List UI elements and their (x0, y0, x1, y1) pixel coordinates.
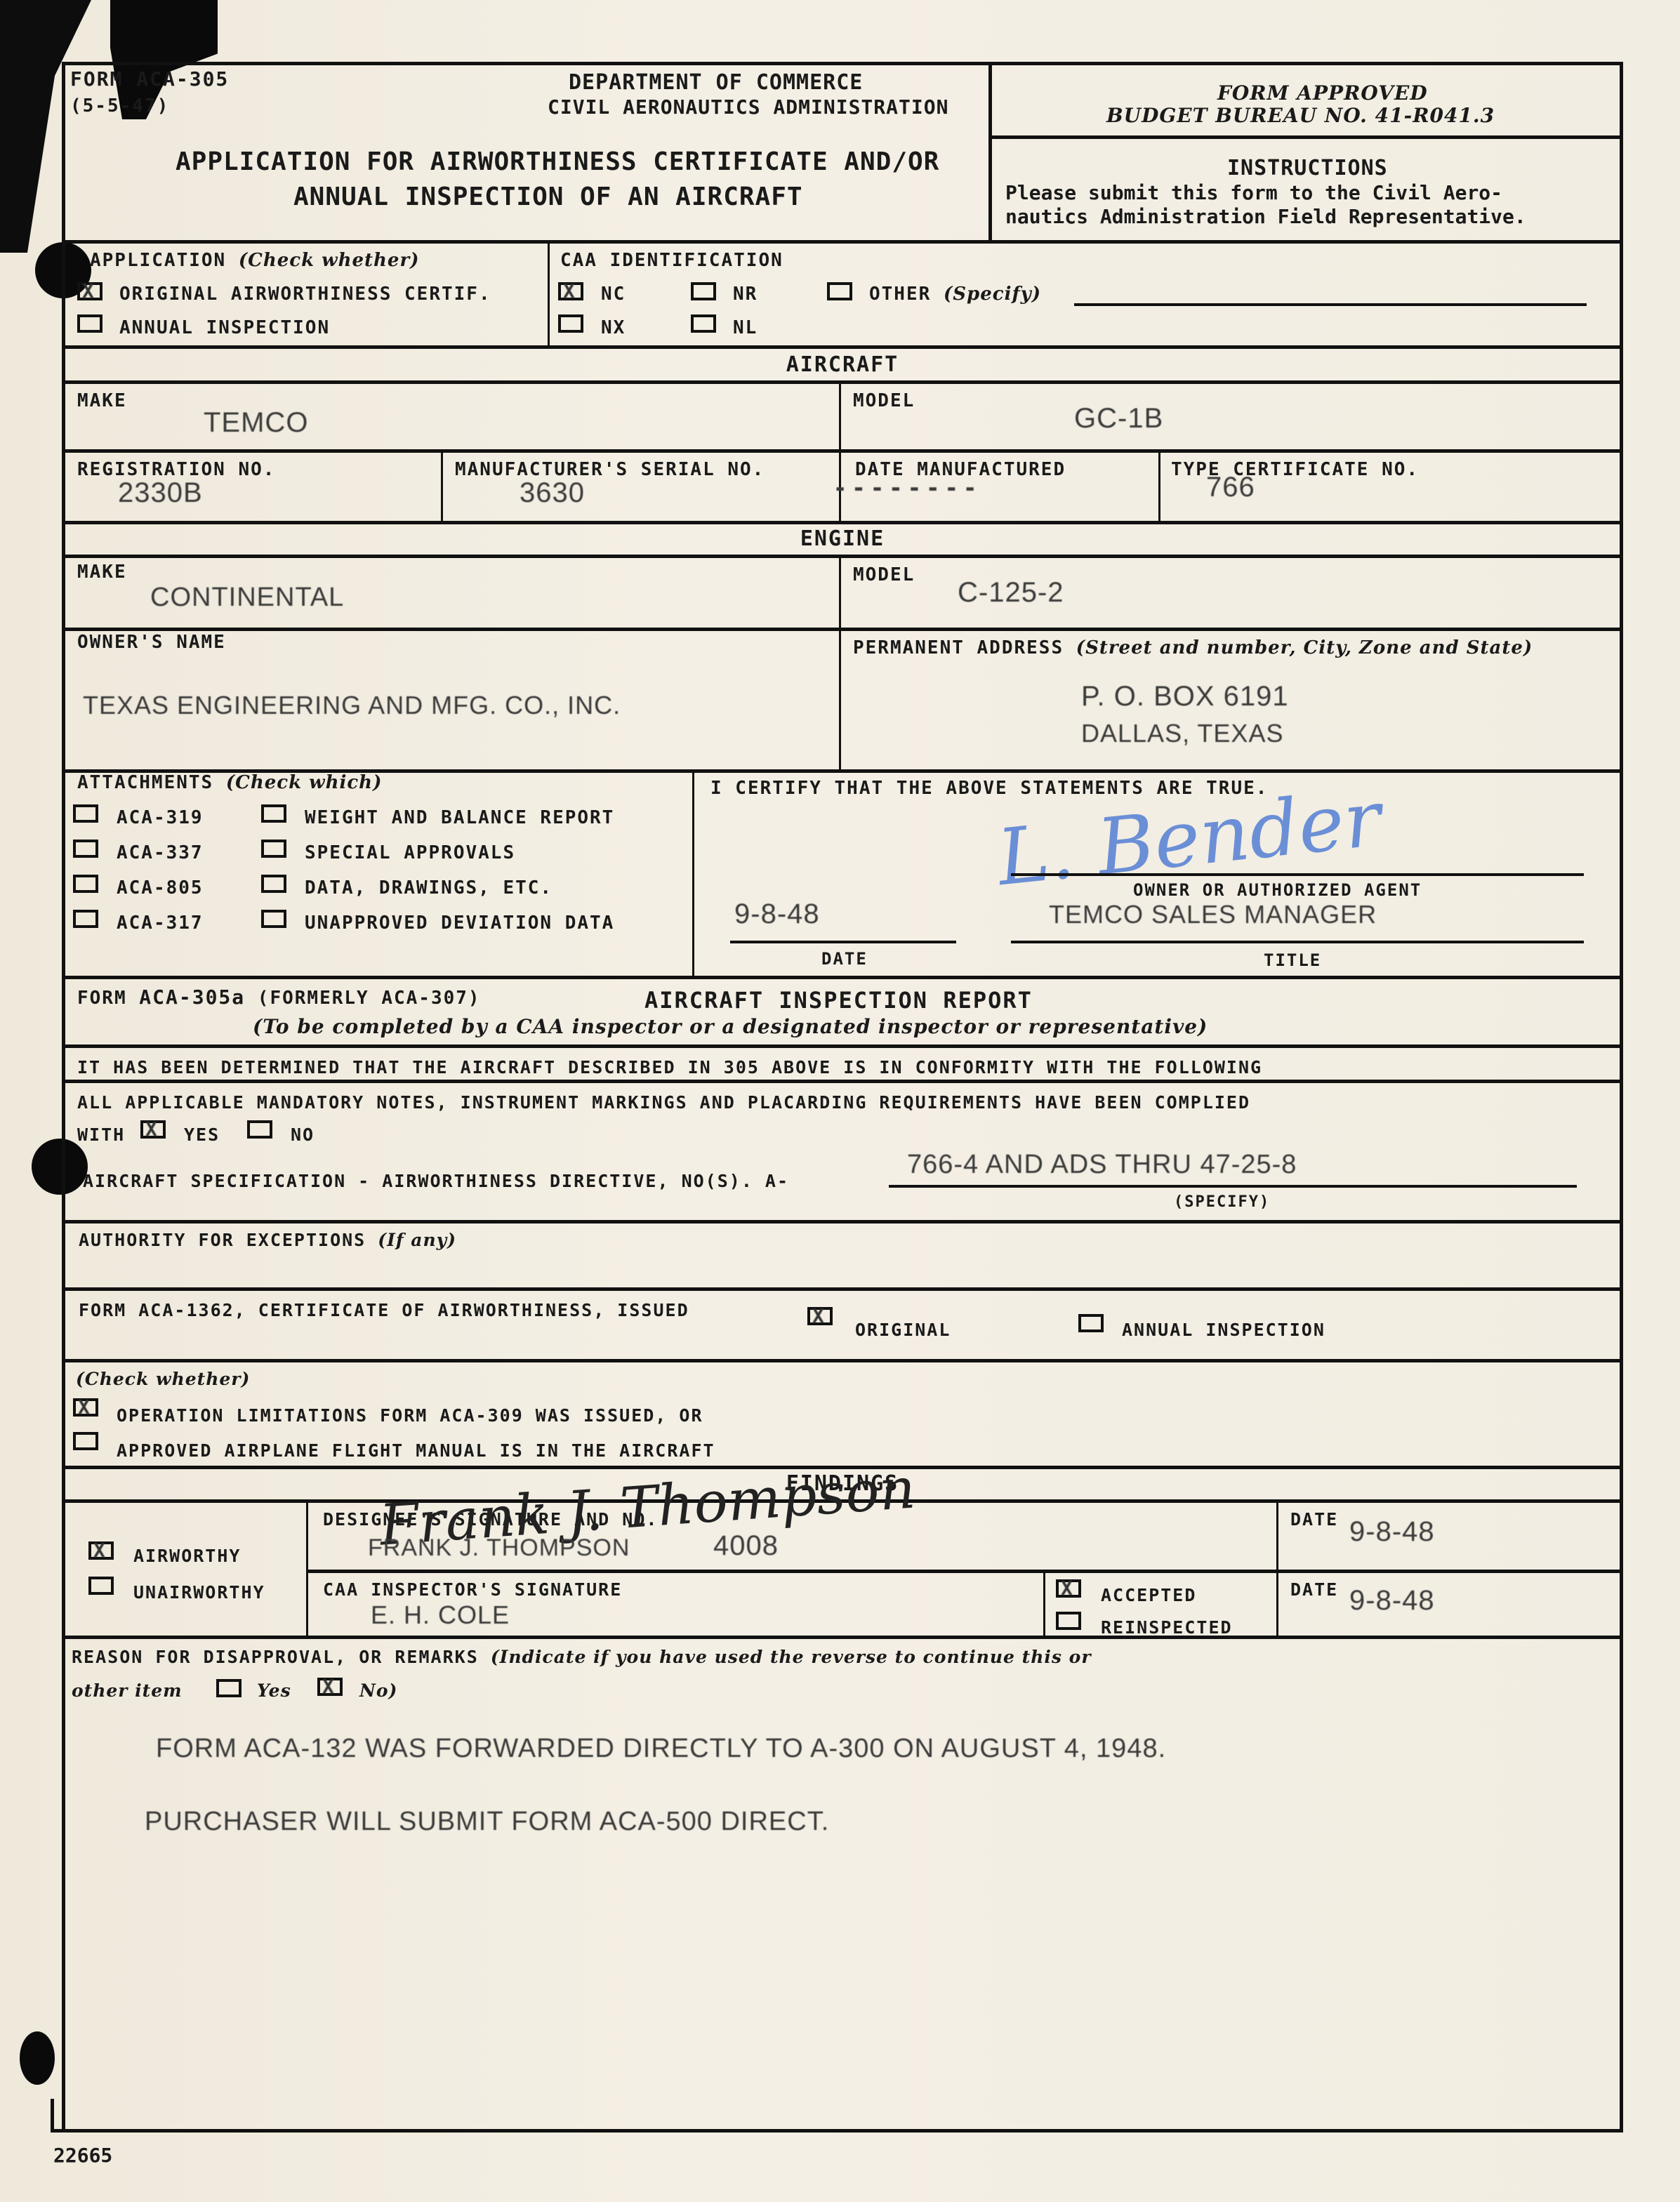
checkbox-remarks-yes[interactable] (216, 1679, 242, 1697)
punch-hole-bottom (20, 2031, 55, 2085)
rule-aircraft-top (63, 345, 1622, 349)
checkbox-other[interactable] (827, 282, 852, 300)
attachment-weight-balance: WEIGHT AND BALANCE REPORT (305, 807, 614, 828)
engine-make-value: CONTINENTAL (150, 583, 344, 613)
option-nl: NL (733, 317, 758, 338)
checkbox-annual-inspection[interactable] (77, 314, 102, 333)
checkbox-nl[interactable] (691, 314, 716, 333)
mandatory-notes-line1: ALL APPLICABLE MANDATORY NOTES, INSTRUME… (77, 1092, 1250, 1113)
findings-date-divider (1276, 1501, 1278, 1636)
title-caption: TITLE (1264, 950, 1321, 970)
inspection-form-number: ACA-305a (139, 986, 245, 1009)
rule-certificate-top (63, 1287, 1622, 1291)
inspection-form-label: FORM (77, 988, 127, 1009)
certification-date-value: 9-8-48 (734, 898, 820, 930)
attachments-label-text: ATTACHMENTS (77, 772, 213, 793)
designee-date-label: DATE (1290, 1509, 1338, 1530)
form-bottom-border (51, 2099, 1623, 2133)
option-other: OTHER (Specify) (869, 284, 1041, 305)
rule-owner-top (63, 628, 1622, 631)
remarks-no-label: No) (359, 1680, 397, 1701)
date-manufactured-value: - - - - - - - - (835, 472, 975, 503)
reinspected-label: REINSPECTED (1101, 1617, 1233, 1638)
inspection-formerly: (FORMERLY ACA-307) (258, 988, 481, 1009)
certification-title-value: TEMCO SALES MANAGER (1049, 900, 1377, 929)
remarks-line1: FORM ACA-132 WAS FORWARDED DIRECTLY TO A… (156, 1734, 1166, 1764)
rule-mandatory-top (63, 1080, 1622, 1083)
remarks-other-item: other item (72, 1680, 183, 1701)
attachments-label: ATTACHMENTS (Check which) (77, 772, 382, 793)
checkbox-remarks-no[interactable] (317, 1678, 343, 1696)
aircraft-datemfg-divider (1158, 451, 1160, 522)
checkbox-certificate-original[interactable] (807, 1307, 833, 1325)
inspector-signature-label: CAA INSPECTOR'S SIGNATURE (323, 1579, 622, 1600)
agency-name: CIVIL AERONAUTICS ADMINISTRATION (548, 95, 948, 119)
rule-engine-row1 (63, 555, 1622, 558)
designee-name: FRANK J. THOMPSON (368, 1534, 630, 1562)
remarks-yes-label: Yes (257, 1680, 291, 1701)
attachment-special-approvals: SPECIAL APPROVALS (305, 842, 515, 863)
option-nr: NR (733, 284, 758, 305)
aircraft-model-value: GC-1B (1074, 403, 1163, 435)
inspector-date-label: DATE (1290, 1579, 1338, 1600)
aircraft-reg-divider (441, 451, 443, 522)
remarks-line2: PURCHASER WILL SUBMIT FORM ACA-500 DIREC… (145, 1807, 829, 1837)
operation-limitations-label: OPERATION LIMITATIONS FORM ACA-309 WAS I… (117, 1405, 703, 1426)
certificate-original-label: ORIGINAL (855, 1320, 951, 1340)
flight-manual-label: APPROVED AIRPLANE FLIGHT MANUAL IS IN TH… (117, 1440, 715, 1461)
serial-number-value: 3630 (520, 477, 585, 509)
date-line (730, 941, 956, 943)
instructions-line2: nautics Administration Field Representat… (1005, 205, 1526, 228)
engine-divider (839, 557, 841, 769)
attachments-hint: (Check which) (226, 772, 383, 793)
check-whether-label: (Check whether) (76, 1369, 250, 1389)
instructions-title: INSTRUCTIONS (1227, 156, 1388, 180)
checkbox-aca-805[interactable] (73, 875, 98, 893)
approval-divider (990, 135, 1622, 139)
checkbox-nr[interactable] (691, 282, 716, 300)
signature-caption: OWNER OR AUTHORIZED AGENT (1133, 880, 1422, 900)
checkbox-data-drawings[interactable] (261, 875, 286, 893)
budget-bureau-number: BUDGET BUREAU NO. 41-R041.3 (1106, 104, 1495, 127)
checkbox-original-airworthiness[interactable] (77, 282, 102, 300)
checkbox-special-approvals[interactable] (261, 840, 286, 858)
permanent-address-label: PERMANENT ADDRESS (Street and number, Ci… (853, 636, 1555, 660)
unairworthy-label: UNAIRWORTHY (133, 1582, 265, 1603)
caa-identification-label: CAA IDENTIFICATION (560, 250, 783, 271)
inspection-report-title: AIRCRAFT INSPECTION REPORT (644, 987, 1033, 1014)
engine-model-value: C-125-2 (958, 577, 1064, 609)
spec-label: AIRCRAFT SPECIFICATION - AIRWORTHINESS D… (83, 1171, 789, 1191)
remarks-hint-line2: other item (72, 1680, 183, 1701)
form-number: FORM ACA-305 (70, 67, 229, 91)
checkbox-unapproved-deviation[interactable] (261, 910, 286, 928)
application-label-text: APPLICATION (90, 250, 226, 271)
inspection-subtitle-text: (To be completed by a CAA inspector or a… (253, 1015, 1208, 1038)
aircraft-make-label: MAKE (77, 390, 127, 411)
checkbox-nx[interactable] (558, 314, 583, 333)
rule-inspection-top (63, 976, 1622, 979)
owner-name-label: OWNER'S NAME (77, 632, 226, 653)
checkbox-mandatory-yes[interactable] (140, 1120, 166, 1139)
attachment-aca-319: ACA-319 (117, 807, 204, 828)
option-nc: NC (601, 284, 626, 305)
remarks-label: REASON FOR DISAPPROVAL, OR REMARKS (Indi… (72, 1647, 1092, 1667)
inspection-form-ref: FORM ACA-305a (FORMERLY ACA-307) (77, 986, 481, 1009)
attachment-unapproved-deviation: UNAPPROVED DEVIATION DATA (305, 913, 614, 934)
checkbox-airworthy[interactable] (88, 1541, 114, 1560)
signature-line (1011, 873, 1584, 876)
checkbox-aca-319[interactable] (73, 804, 98, 823)
remarks-hint: (Indicate if you have used the reverse t… (491, 1647, 1092, 1667)
instructions-line1: Please submit this form to the Civil Aer… (1005, 181, 1502, 204)
attachments-divider (692, 771, 694, 976)
checkbox-unairworthy[interactable] (88, 1577, 114, 1595)
exceptions-label: AUTHORITY FOR EXCEPTIONS (If any) (79, 1230, 456, 1250)
option-nx: NX (601, 317, 626, 338)
mandatory-no-label: NO (291, 1125, 315, 1145)
rule-exceptions-top (63, 1220, 1622, 1223)
exceptions-label-text: AUTHORITY FOR EXCEPTIONS (79, 1230, 366, 1250)
option-original-airworthiness: ORIGINAL AIRWORTHINESS CERTIF. (119, 284, 491, 305)
department-name: DEPARTMENT OF COMMERCE (569, 70, 863, 95)
engine-model-label: MODEL (853, 564, 915, 585)
checkbox-mandatory-no[interactable] (247, 1120, 272, 1139)
mandatory-with: WITH (77, 1125, 125, 1145)
remarks-no-text: No) (359, 1680, 397, 1701)
other-hint: (Specify) (944, 284, 1041, 305)
remarks-label-text: REASON FOR DISAPPROVAL, OR REMARKS (72, 1647, 479, 1667)
form-title-line2: ANNUAL INSPECTION OF AN AIRCRAFT (293, 183, 803, 211)
checkbox-flight-manual[interactable] (73, 1432, 98, 1450)
certificate-annual-label: ANNUAL INSPECTION (1122, 1320, 1325, 1340)
date-caption: DATE (821, 949, 868, 969)
address-line2: DALLAS, TEXAS (1081, 719, 1283, 748)
address-line1: P. O. BOX 6191 (1081, 681, 1289, 712)
rule-aircraft-row2 (63, 449, 1622, 453)
registration-value: 2330B (118, 477, 203, 509)
engine-make-label: MAKE (77, 562, 127, 583)
title-line (1011, 941, 1584, 943)
rule-remarks-top (63, 1636, 1622, 1639)
header-bottom-rule (63, 240, 1622, 244)
rule-aircraft-row1 (63, 380, 1622, 384)
type-certificate-value: 766 (1206, 472, 1255, 503)
spec-line (889, 1185, 1577, 1188)
checkbox-aca-337[interactable] (73, 840, 98, 858)
checkbox-certificate-annual[interactable] (1078, 1314, 1104, 1332)
spec-caption: (SPECIFY) (1174, 1193, 1270, 1211)
rule-conformity-top (63, 1044, 1622, 1048)
address-label-text: PERMANENT ADDRESS (853, 637, 1064, 658)
findings-left-divider (306, 1501, 308, 1636)
serial-number-label: MANUFACTURER'S SERIAL NO. (455, 459, 765, 480)
aircraft-model-label: MODEL (853, 390, 915, 411)
application-hint: (Check whether) (239, 250, 420, 271)
mandatory-yes-label: YES (184, 1125, 220, 1145)
rule-check-whether-top (63, 1359, 1622, 1362)
accepted-label: ACCEPTED (1101, 1585, 1196, 1605)
attachment-aca-805: ACA-805 (117, 877, 204, 898)
inspector-name: E. H. COLE (371, 1600, 510, 1630)
other-specify-line[interactable] (1074, 303, 1587, 306)
form-approved: FORM APPROVED (1217, 81, 1428, 105)
header-divider (988, 65, 992, 240)
form-title-line1: APPLICATION FOR AIRWORTHINESS CERTIFICAT… (176, 147, 939, 176)
engine-section-title: ENGINE (63, 526, 1622, 551)
conformity-statement: IT HAS BEEN DETERMINED THAT THE AIRCRAFT… (77, 1057, 1262, 1077)
findings-accepted-divider (1043, 1572, 1045, 1636)
remarks-yes-text: Yes (257, 1680, 291, 1701)
check-whether-text: (Check whether) (76, 1369, 250, 1389)
checkbox-accepted[interactable] (1056, 1579, 1081, 1598)
airworthy-label: AIRWORTHY (133, 1546, 241, 1566)
designee-number: 4008 (713, 1530, 779, 1562)
document-number: 22665 (53, 2144, 112, 2167)
checkbox-nc[interactable] (558, 282, 583, 300)
application-label: APPLICATION (Check whether) (90, 250, 419, 271)
aircraft-make-value: TEMCO (204, 407, 308, 439)
certificate-label: FORM ACA-1362, CERTIFICATE OF AIRWORTHIN… (79, 1300, 689, 1320)
option-annual-inspection: ANNUAL INSPECTION (119, 317, 330, 338)
other-label: OTHER (869, 284, 931, 305)
checkbox-weight-balance[interactable] (261, 804, 286, 823)
checkbox-operation-limitations[interactable] (73, 1398, 98, 1417)
checkbox-aca-317[interactable] (73, 910, 98, 928)
attachment-aca-337: ACA-337 (117, 842, 204, 863)
form-date: (5-5-47) (70, 95, 169, 117)
exceptions-hint: (If any) (378, 1230, 456, 1250)
app-caa-divider (548, 242, 550, 346)
designee-date-value: 9-8-48 (1349, 1516, 1435, 1548)
attachment-aca-317: ACA-317 (117, 913, 204, 934)
inspection-report-subtitle: (To be completed by a CAA inspector or a… (253, 1015, 1208, 1038)
attachment-data-drawings: DATA, DRAWINGS, ETC. (305, 877, 553, 898)
checkbox-reinspected[interactable] (1056, 1612, 1081, 1630)
rule-findings-row2 (307, 1570, 1622, 1573)
inspector-date-value: 9-8-48 (1349, 1585, 1435, 1617)
spec-value: 766-4 AND ADS THRU 47-25-8 (907, 1150, 1297, 1180)
owner-name-value: TEXAS ENGINEERING AND MFG. CO., INC. (83, 691, 621, 720)
aircraft-section-title: AIRCRAFT (63, 352, 1622, 377)
rule-engine-top (63, 521, 1622, 524)
address-hint: (Street and number, City, Zone and State… (1076, 637, 1533, 658)
